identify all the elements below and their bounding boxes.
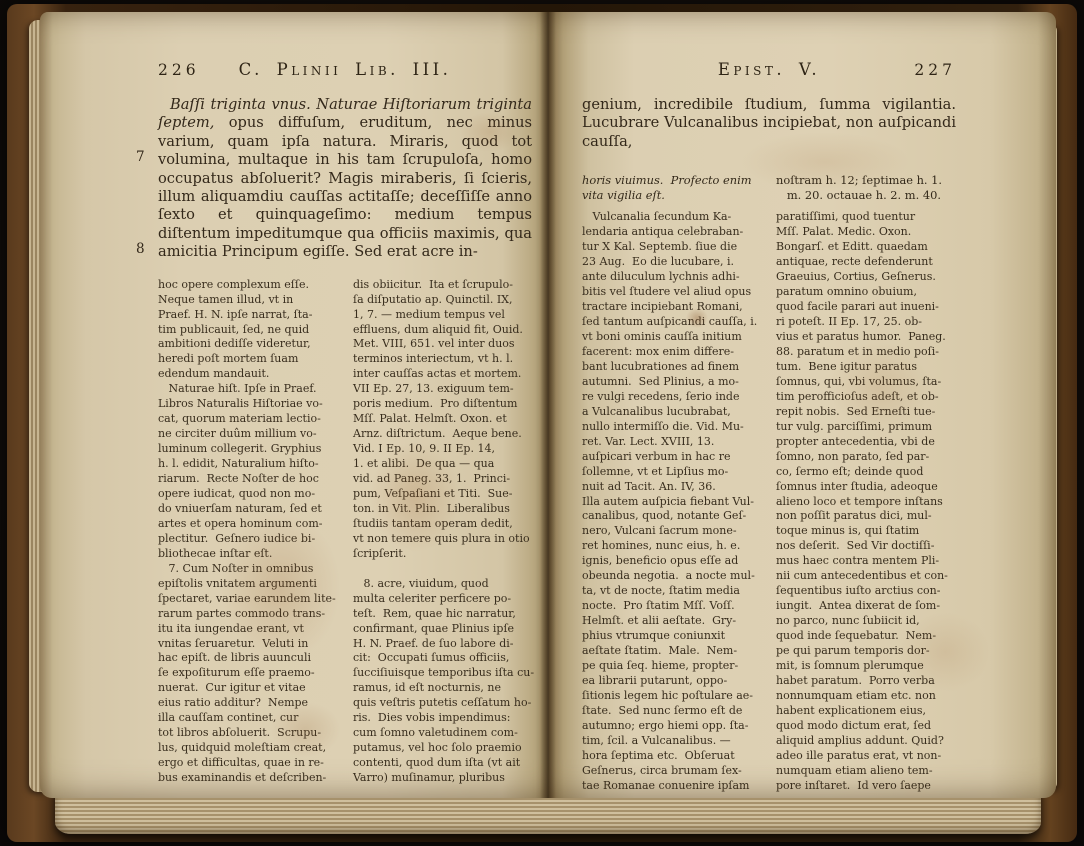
left-page-number: 226 bbox=[158, 61, 220, 79]
interlinear-note-row: horis viuimus. Profecto enim vita vigili… bbox=[582, 173, 956, 202]
left-main-paragraph-block: 7 8 Baſſi triginta vnus. Naturae Hiſtori… bbox=[40, 96, 548, 262]
note-times: noſtram h. 12; ſeptimae h. 1. m. 20. oct… bbox=[776, 173, 956, 202]
left-page-commentary-column-1: hoc opere complexum eſſe. Neque tamen il… bbox=[158, 278, 339, 786]
right-page-commentary-column-2: paratiſſimi, quod tuentur Mſſ. Palat. Me… bbox=[776, 210, 956, 793]
margin-section-number-7: 7 bbox=[136, 149, 152, 165]
right-page-commentary: Vulcanalia ſecundum Ka- lendaria antiqua… bbox=[582, 210, 956, 793]
margin-section-number-8: 8 bbox=[136, 241, 152, 257]
left-page-commentary: hoc opere complexum eſſe. Neque tamen il… bbox=[158, 278, 534, 786]
left-page: 226 C. Plinii Lib. III. 7 8 Baſſi trigin… bbox=[40, 12, 548, 798]
right-page-header: Epist. V. 227 bbox=[548, 12, 1056, 82]
photo-background: 226 C. Plinii Lib. III. 7 8 Baſſi trigin… bbox=[0, 0, 1084, 846]
left-running-title: C. Plinii Lib. III. bbox=[220, 60, 470, 79]
paragraph-roman-text: opus diffuſum, eruditum, nec minus variu… bbox=[158, 114, 532, 260]
left-main-paragraph: Baſſi triginta vnus. Naturae Hiſtoriarum… bbox=[158, 96, 532, 262]
right-main-paragraph: genium, incredibile ſtudium, ſumma vigil… bbox=[582, 96, 956, 151]
left-page-commentary-column-2: dis obiicitur. Ita et ſcrupulo- ſa diſpu… bbox=[353, 278, 534, 786]
book: 226 C. Plinii Lib. III. 7 8 Baſſi trigin… bbox=[7, 4, 1077, 842]
right-page-commentary-column-1: Vulcanalia ſecundum Ka- lendaria antiqua… bbox=[582, 210, 762, 793]
right-running-title: Epist. V. bbox=[644, 60, 894, 79]
right-page: Epist. V. 227 genium, incredibile ſtudiu… bbox=[548, 12, 1056, 798]
open-book-spread: 226 C. Plinii Lib. III. 7 8 Baſſi trigin… bbox=[40, 12, 1056, 798]
note-lemma-italic: horis viuimus. Profecto enim vita vigili… bbox=[582, 173, 762, 202]
left-page-header: 226 C. Plinii Lib. III. bbox=[40, 12, 548, 82]
right-page-number: 227 bbox=[894, 61, 956, 79]
